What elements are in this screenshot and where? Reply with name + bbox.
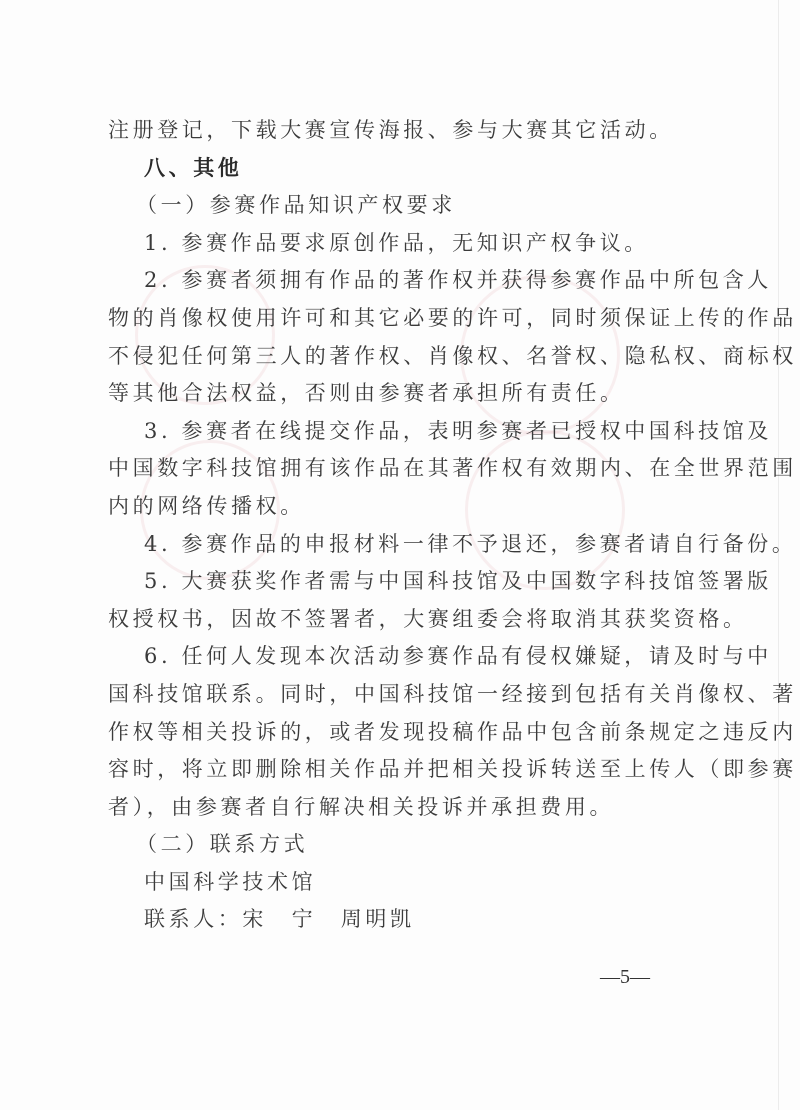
contact-organization: 中国科学技术馆 xyxy=(108,864,684,902)
list-item-4: 4. 参赛作品的申报材料一律不予退还，参赛者请自行备份。 xyxy=(108,526,684,564)
subsection-heading-contact: （二）联系方式 xyxy=(108,826,684,864)
paragraph-line: 者），由参赛者自行解决相关投诉并承担费用。 xyxy=(108,789,684,827)
page-number: —5— xyxy=(580,966,670,989)
paragraph-line: 不侵犯任何第三人的著作权、肖像权、名誉权、隐私权、商标权 xyxy=(108,338,684,376)
paragraph-line: 中国数字科技馆拥有该作品在其著作权有效期内、在全世界范围 xyxy=(108,450,684,488)
list-item-3: 3. 参赛者在线提交作品，表明参赛者已授权中国科技馆及 xyxy=(108,413,684,451)
paragraph-line: 等其他合法权益，否则由参赛者承担所有责任。 xyxy=(108,375,684,413)
paragraph-line: 权授权书，因故不签署者，大赛组委会将取消其获奖资格。 xyxy=(108,601,684,639)
paragraph-line: 物的肖像权使用许可和其它必要的许可，同时须保证上传的作品 xyxy=(108,300,684,338)
paragraph-line: 注册登记，下载大赛宣传海报、参与大赛其它活动。 xyxy=(108,112,684,150)
list-item-6: 6. 任何人发现本次活动参赛作品有侵权嫌疑，请及时与中 xyxy=(108,638,684,676)
document-body: 注册登记，下载大赛宣传海报、参与大赛其它活动。 八、其他 （一）参赛作品知识产权… xyxy=(108,112,684,939)
list-item-2: 2. 参赛者须拥有作品的著作权并获得参赛作品中所包含人 xyxy=(108,262,684,300)
contact-persons: 联系人：宋 宁 周明凯 xyxy=(108,901,684,939)
list-item-5: 5. 大赛获奖作者需与中国科技馆及中国数字科技馆签署版 xyxy=(108,563,684,601)
paragraph-line: 容时，将立即删除相关作品并把相关投诉转送至上传人（即参赛 xyxy=(108,751,684,789)
paragraph-line: 国科技馆联系。同时，中国科技馆一经接到包括有关肖像权、著 xyxy=(108,676,684,714)
paragraph-line: 内的网络传播权。 xyxy=(108,488,684,526)
section-heading-other: 八、其他 xyxy=(108,150,684,188)
paragraph-line: 作权等相关投诉的，或者发现投稿作品中包含前条规定之违反内 xyxy=(108,714,684,752)
subsection-heading-ip-requirements: （一）参赛作品知识产权要求 xyxy=(108,187,684,225)
list-item-1: 1. 参赛作品要求原创作品，无知识产权争议。 xyxy=(108,225,684,263)
